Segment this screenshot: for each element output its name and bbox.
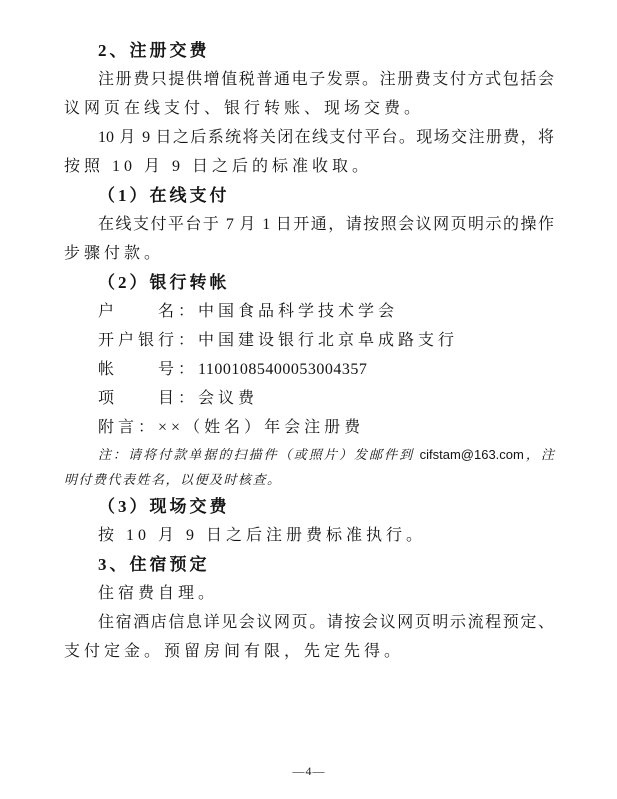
paragraph-line: 住宿费自理。 bbox=[64, 579, 554, 608]
document-body: 2、注册交费 注册费只提供增值税普通电子发票。注册费支付方式包括会 议网页在线支… bbox=[0, 0, 617, 779]
field-value: ××（姓名）年会注册费 bbox=[158, 419, 364, 436]
bank-field-row: 附言：××（姓名）年会注册费 bbox=[64, 413, 554, 442]
bank-field-row: 开户银行：中国建设银行北京阜成路支行 bbox=[64, 326, 554, 355]
field-label: 帐 号： bbox=[98, 361, 198, 378]
paragraph-line: 注册费只提供增值税普通电子发票。注册费支付方式包括会 bbox=[64, 65, 554, 94]
subsection-heading-bank-transfer: （2）银行转帐 bbox=[64, 268, 554, 297]
paragraph-line: 步骤付款。 bbox=[64, 239, 554, 268]
field-value-account-number: 11001085400053004357 bbox=[198, 361, 367, 378]
paragraph-line: 10 月 9 日之后系统将关闭在线支付平台。现场交注册费，将 bbox=[64, 123, 554, 152]
field-label: 附言： bbox=[98, 419, 158, 436]
paragraph-line: 议网页在线支付、银行转账、现场交费。 bbox=[64, 94, 554, 123]
subsection-heading-online-payment: （1）在线支付 bbox=[64, 181, 554, 210]
field-label: 户 名： bbox=[98, 303, 198, 320]
section-heading-accommodation: 3、住宿预定 bbox=[64, 550, 554, 579]
field-label: 项 目： bbox=[98, 390, 198, 407]
note-line: 注：请将付款单据的扫描件（或照片）发邮件到 cifstam@163.com，注 bbox=[64, 442, 554, 467]
bank-field-row: 户 名：中国食品科学技术学会 bbox=[64, 297, 554, 326]
note-line: 明付费代表姓名，以便及时核查。 bbox=[64, 467, 554, 492]
page-number: —4— bbox=[64, 763, 554, 779]
paragraph-line: 住宿酒店信息详见会议网页。请按会议网页明示流程预定、 bbox=[64, 608, 554, 637]
paragraph-line: 按照 10 月 9 日之后的标准收取。 bbox=[64, 152, 554, 181]
email-text: cifstam@163.com bbox=[420, 447, 524, 462]
note-text: ，注 bbox=[524, 447, 554, 462]
paragraph-line: 在线支付平台于 7 月 1 日开通，请按照会议网页明示的操作 bbox=[64, 210, 554, 239]
field-value: 会议费 bbox=[198, 390, 258, 407]
note-text: 注：请将付款单据的扫描件（或照片）发邮件到 bbox=[98, 447, 420, 462]
subsection-heading-onsite-payment: （3）现场交费 bbox=[64, 492, 554, 521]
document-page: 2、注册交费 注册费只提供增值税普通电子发票。注册费支付方式包括会 议网页在线支… bbox=[0, 0, 617, 799]
bank-field-row: 项 目：会议费 bbox=[64, 384, 554, 413]
paragraph-line: 按 10 月 9 日之后注册费标准执行。 bbox=[64, 521, 554, 550]
field-value: 中国建设银行北京阜成路支行 bbox=[198, 332, 458, 349]
section-heading-registration-payment: 2、注册交费 bbox=[64, 36, 554, 65]
field-value: 中国食品科学技术学会 bbox=[198, 303, 398, 320]
paragraph-line: 支付定金。预留房间有限，先定先得。 bbox=[64, 637, 554, 666]
bank-field-row: 帐 号：11001085400053004357 bbox=[64, 355, 554, 384]
field-label: 开户银行： bbox=[98, 332, 198, 349]
